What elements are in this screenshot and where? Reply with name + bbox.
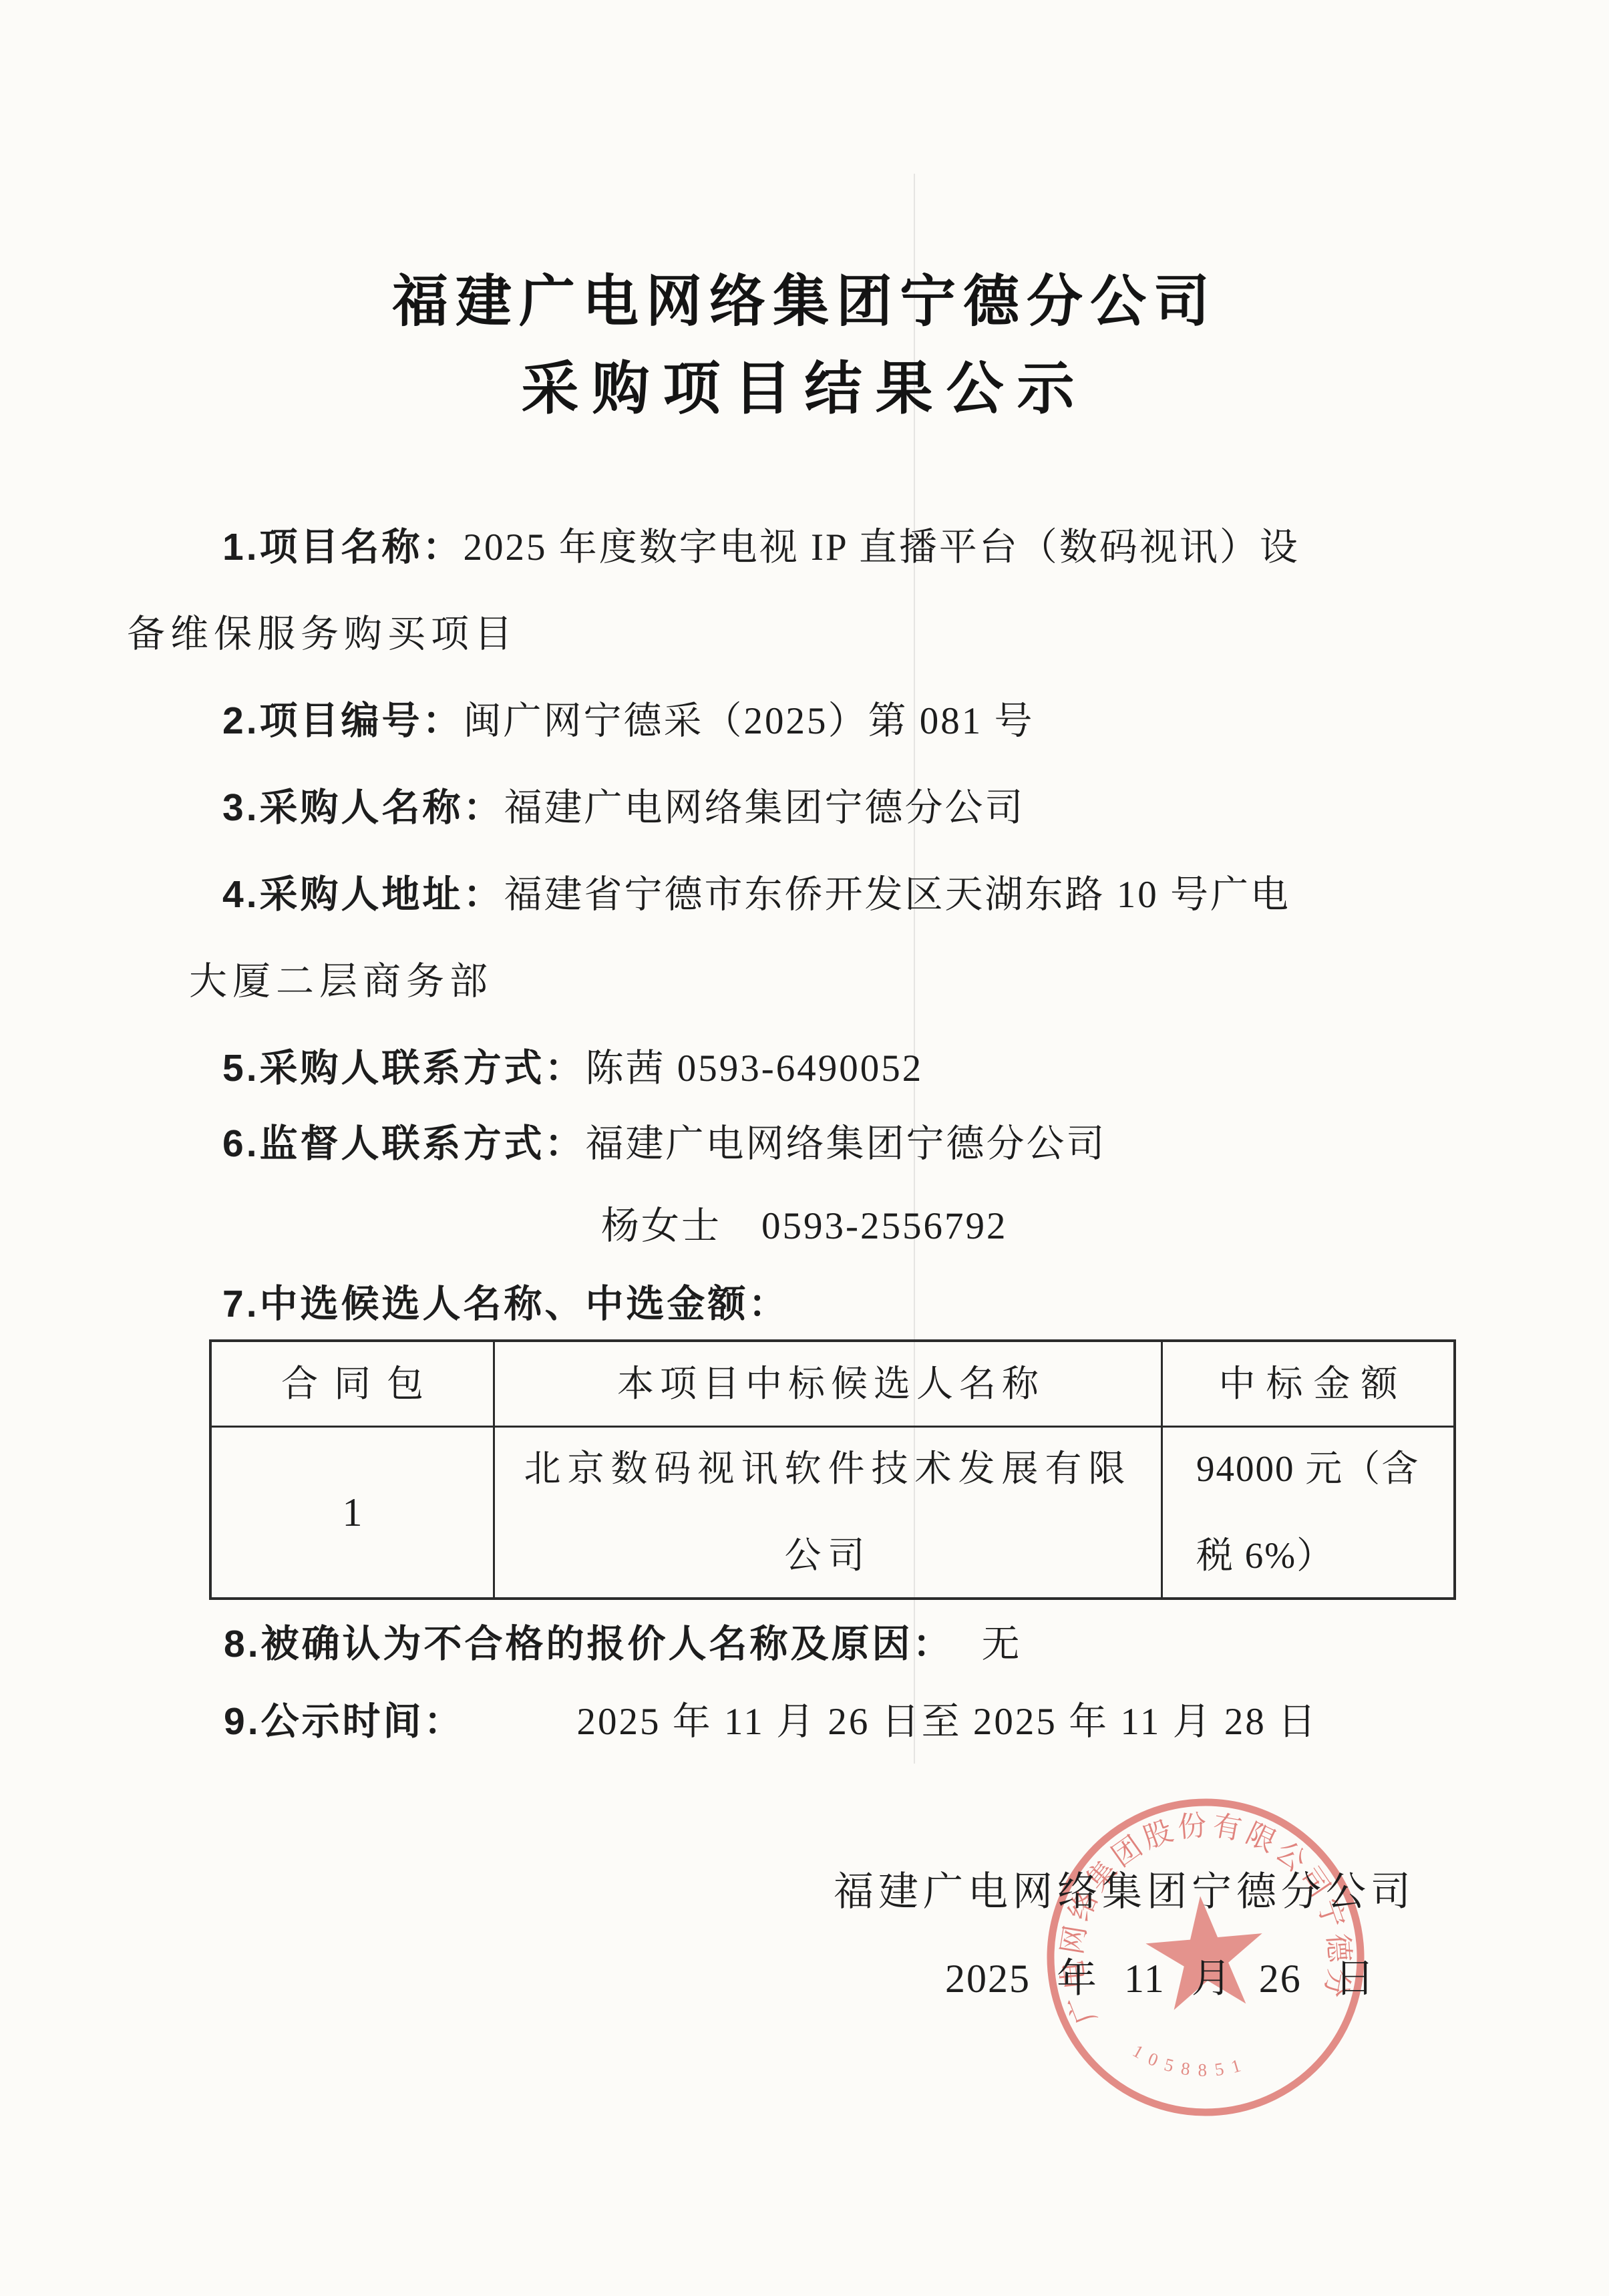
svg-text:1058851: 1058851	[1128, 2031, 1252, 2087]
page-title-line2: 采购项目结果公示	[0, 360, 1609, 418]
item-1-line-1: 1.项目名称：2025 年度数字电视 IP 直播平台（数码视讯）设	[222, 528, 1300, 566]
item-6-value: 福建广电网络集团宁德分公司	[586, 1123, 1107, 1165]
item-6-value-cont: 杨女士 0593-2556792	[601, 1205, 1007, 1247]
signature-company: 福建广电网络集团宁德分公司	[834, 1872, 1415, 1912]
results-table: 合同包 本项目中标候选人名称 中标金额 1 北京数码视讯软件技术发展有限 公司 …	[209, 1339, 1456, 1600]
item-4-value: 福建省宁德市东侨开发区天湖东路 10 号广电	[504, 874, 1291, 916]
item-6-label: 6.监督人联系方式：	[222, 1122, 586, 1165]
item-2-value: 闽广网宁德采（2025）第 081 号	[464, 700, 1035, 742]
page-title-line1: 福建广电网络集团宁德分公司	[0, 273, 1609, 329]
item-9-label: 9.公示时间：	[224, 1700, 465, 1743]
item-8-value: 无	[982, 1623, 1022, 1665]
item-5-line: 5.采购人联系方式：陈茜 0593-6490052	[222, 1049, 923, 1088]
item-3-label: 3.采购人名称：	[222, 786, 504, 829]
seal-serial: 1058851	[1128, 2031, 1252, 2087]
item-7-line: 7.中选候选人名称、中选金额：	[222, 1285, 789, 1323]
col-header-amount: 中标金额	[1163, 1342, 1453, 1428]
item-9-line: 9.公示时间：2025 年 11 月 26 日至 2025 年 11 月 28 …	[224, 1703, 1318, 1741]
cell-winner: 北京数码视讯软件技术发展有限 公司	[495, 1428, 1163, 1597]
item-3-line: 3.采购人名称：福建广电网络集团宁德分公司	[222, 789, 1025, 827]
item-7-label: 7.中选候选人名称、中选金额：	[222, 1283, 789, 1325]
item-4-label: 4.采购人地址：	[222, 873, 504, 916]
item-2-label: 2.项目编号：	[222, 699, 464, 742]
cell-amount-line2: 税 6%）	[1196, 1512, 1334, 1599]
item-6-line-1: 6.监督人联系方式：福建广电网络集团宁德分公司	[222, 1125, 1107, 1163]
item-8-label: 8.被确认为不合格的报价人名称及原因：	[224, 1623, 954, 1665]
item-4-line-1: 4.采购人地址：福建省宁德市东侨开发区天湖东路 10 号广电	[222, 876, 1290, 914]
item-4-value-cont: 大厦二层商务部	[189, 961, 493, 1003]
document-page: 福建广电网络集团宁德分公司 采购项目结果公示 1.项目名称：2025 年度数字电…	[0, 0, 1609, 2296]
item-1-value: 2025 年度数字电视 IP 直播平台（数码视讯）设	[464, 526, 1300, 568]
item-8-line: 8.被确认为不合格的报价人名称及原因：无	[224, 1625, 1022, 1663]
cell-package: 1	[212, 1428, 495, 1597]
item-5-value: 陈茜 0593-6490052	[586, 1047, 924, 1090]
signature-date-suffix: 日	[1334, 1959, 1377, 1999]
cell-winner-line2: 公司	[784, 1512, 871, 1599]
item-2-line: 2.项目编号：闽广网宁德采（2025）第 081 号	[222, 702, 1035, 740]
item-6-line-2: 杨女士 0593-2556792	[601, 1207, 1007, 1245]
item-9-value: 2025 年 11 月 26 日至 2025 年 11 月 28 日	[577, 1701, 1318, 1743]
item-1-line-2: 备维保服务购买项目	[127, 615, 518, 653]
item-1-value-cont: 备维保服务购买项目	[127, 613, 518, 655]
item-1-label: 1.项目名称：	[222, 526, 464, 568]
col-header-package: 合同包	[212, 1342, 495, 1428]
cell-amount: 94000 元（含 税 6%）	[1163, 1428, 1453, 1597]
item-3-value: 福建广电网络集团宁德分公司	[504, 787, 1025, 829]
col-header-winner: 本项目中标候选人名称	[495, 1342, 1163, 1428]
item-4-line-2: 大厦二层商务部	[189, 963, 493, 1001]
signature-date: 2025 年 11 月 26	[945, 1959, 1302, 1999]
cell-amount-line1: 94000 元（含	[1196, 1426, 1419, 1512]
item-5-label: 5.采购人联系方式：	[222, 1047, 586, 1090]
cell-winner-line1: 北京数码视讯软件技术发展有限	[524, 1426, 1131, 1512]
